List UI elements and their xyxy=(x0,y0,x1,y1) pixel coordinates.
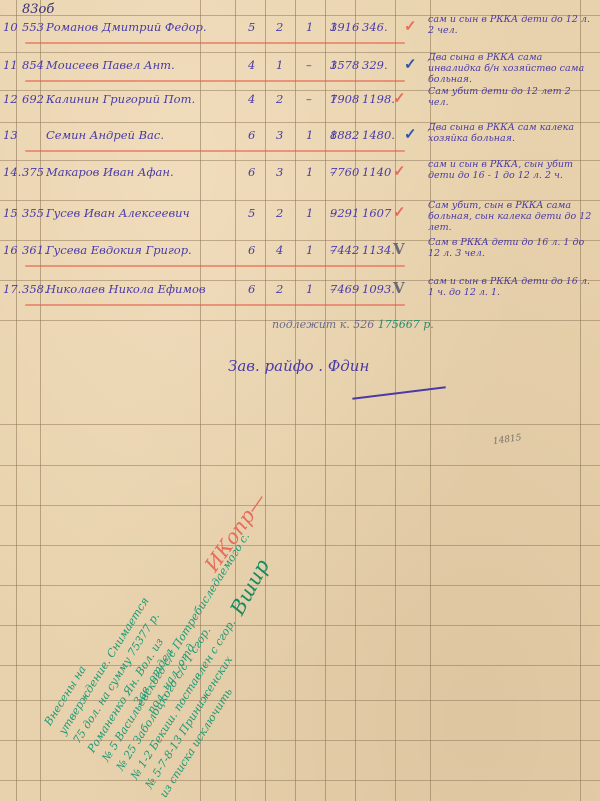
row-col-c: 1 xyxy=(306,282,313,296)
row-col-c: 1 xyxy=(306,243,313,257)
row-number: 12 xyxy=(3,92,18,106)
row-income: 7908 xyxy=(330,92,359,106)
row-note: Сам убит дети до 12 лет 2 чел. xyxy=(428,86,593,108)
row-number: 14. xyxy=(3,165,21,179)
row-id: 553 xyxy=(22,20,44,34)
row-number: 10 xyxy=(3,20,18,34)
red-strike-line xyxy=(25,80,405,82)
sheet-number: 83об xyxy=(22,2,54,17)
row-col-b: 2 xyxy=(276,206,283,220)
red-strike-line xyxy=(25,150,405,152)
row-note: сам и сын в РККА дети до 16 л. 1 ч. до 1… xyxy=(428,276,593,298)
row-col-c: 1 xyxy=(306,20,313,34)
check-mark-icon: ✓ xyxy=(393,89,406,107)
row-tax: 1198. xyxy=(362,92,395,106)
check-mark-icon: ✓ xyxy=(404,125,417,143)
row-number: 17. xyxy=(3,282,21,296)
row-number: 11 xyxy=(3,58,18,72)
row-col-b: 2 xyxy=(276,92,283,106)
check-mark-icon: V xyxy=(393,279,405,297)
row-col-a: 4 xyxy=(248,92,255,106)
row-note: сам и сын в РККА дети до 12 л. 2 чел. xyxy=(428,14,593,36)
row-id: 358. xyxy=(22,282,48,296)
row-col-a: 6 xyxy=(248,128,255,142)
row-col-a: 4 xyxy=(248,58,255,72)
row-number: 13 xyxy=(3,128,18,142)
row-col-b: 4 xyxy=(276,243,283,257)
row-col-a: 5 xyxy=(248,20,255,34)
row-col-c: – xyxy=(306,58,312,72)
row-income: 7469 xyxy=(330,282,359,296)
table-row: 16361.Гусева Евдокия Григор.641–74421134… xyxy=(0,243,600,273)
total-amount: 175667 р. xyxy=(378,318,434,331)
row-note: Два сына в РККА сам калека хозяйка больн… xyxy=(428,122,593,144)
signature-underline xyxy=(352,386,445,399)
row-col-c: 1 xyxy=(306,206,313,220)
row-income: 9291 xyxy=(330,206,359,220)
check-mark-icon: ✓ xyxy=(393,203,406,221)
check-mark-icon: ✓ xyxy=(393,162,406,180)
row-name: Николаев Никола Ефимов xyxy=(46,282,206,296)
archival-document-page: 83об 10553Романов Дмитрий Федор.52113916… xyxy=(0,0,600,801)
row-tax: 1607 xyxy=(362,206,391,220)
row-col-a: 6 xyxy=(248,243,255,257)
table-row: 11854Моисеев Павел Ант.41–13578329.✓Два … xyxy=(0,58,600,88)
row-name: Семин Андрей Вас. xyxy=(46,128,164,142)
row-id: 355 xyxy=(22,206,44,220)
red-strike-line xyxy=(25,42,405,44)
row-name: Гусева Евдокия Григор. xyxy=(46,243,192,257)
row-col-b: 1 xyxy=(276,58,283,72)
row-note: Два сына в РККА сама инвалидка б/н хозяй… xyxy=(428,52,593,85)
row-note: Сам в РККА дети до 16 л. 1 до 12 л. 3 че… xyxy=(428,237,593,259)
row-col-b: 2 xyxy=(276,282,283,296)
row-tax: 346. xyxy=(362,20,388,34)
table-row: 15355Гусев Иван Алексеевич521–92911607✓С… xyxy=(0,206,600,236)
row-income: 7760 xyxy=(330,165,359,179)
red-strike-line xyxy=(25,265,405,267)
table-row: 13Семин Андрей Вас.631188821480.✓Два сын… xyxy=(0,128,600,158)
total-line: подлежит к. 526 175667 р. xyxy=(272,318,434,331)
row-col-a: 6 xyxy=(248,282,255,296)
row-id: 361. xyxy=(22,243,48,257)
row-name: Моисеев Павел Ант. xyxy=(46,58,175,72)
row-name: Макаров Иван Афан. xyxy=(46,165,174,179)
table-row: 12692Калинин Григорий Пот.42–179081198.✓… xyxy=(0,92,600,122)
row-tax: 329. xyxy=(362,58,388,72)
row-col-c: 1 xyxy=(306,165,313,179)
row-id: 375 xyxy=(22,165,44,179)
row-income: 7442 xyxy=(330,243,359,257)
row-col-b: 3 xyxy=(276,128,283,142)
red-strike-line xyxy=(25,304,405,306)
row-number: 16 xyxy=(3,243,18,257)
row-income: 3578 xyxy=(330,58,359,72)
row-income: 3916 xyxy=(330,20,359,34)
row-col-c: – xyxy=(306,92,312,106)
row-tax: 1134. xyxy=(362,243,395,257)
row-note: сам и сын в РККА, сын убит дети до 16 - … xyxy=(428,159,593,181)
row-col-a: 6 xyxy=(248,165,255,179)
row-col-b: 2 xyxy=(276,20,283,34)
row-id: 854 xyxy=(22,58,44,72)
green-annotation: Внесены наутверждение. Снимается75 дол. … xyxy=(40,440,345,801)
table-row: 14.375Макаров Иван Афан.631–77601140✓сам… xyxy=(0,165,600,195)
row-name: Калинин Григорий Пот. xyxy=(46,92,195,106)
row-col-c: 1 xyxy=(306,128,313,142)
row-id: 692 xyxy=(22,92,44,106)
signature: Зав. райфо . Фдин xyxy=(228,357,369,375)
check-mark-icon: V xyxy=(393,240,405,258)
row-col-b: 3 xyxy=(276,165,283,179)
row-col-a: 5 xyxy=(248,206,255,220)
row-note: Сам убит, сын в РККА сама больная, сын к… xyxy=(428,200,593,233)
margin-number: 14815 xyxy=(492,433,522,447)
table-row: 17.358.Николаев Никола Ефимов621–7469109… xyxy=(0,282,600,312)
row-name: Гусев Иван Алексеевич xyxy=(46,206,190,220)
table-row: 10553Романов Дмитрий Федор.52113916346.✓… xyxy=(0,20,600,50)
row-name: Романов Дмитрий Федор. xyxy=(46,20,207,34)
total-label: подлежит к. 526 xyxy=(272,318,374,331)
row-tax: 1093. xyxy=(362,282,395,296)
check-mark-icon: ✓ xyxy=(404,55,417,73)
check-mark-icon: ✓ xyxy=(404,17,417,35)
row-number: 15 xyxy=(3,206,18,220)
row-tax: 1140 xyxy=(362,165,391,179)
row-income: 8882 xyxy=(330,128,359,142)
row-tax: 1480. xyxy=(362,128,395,142)
